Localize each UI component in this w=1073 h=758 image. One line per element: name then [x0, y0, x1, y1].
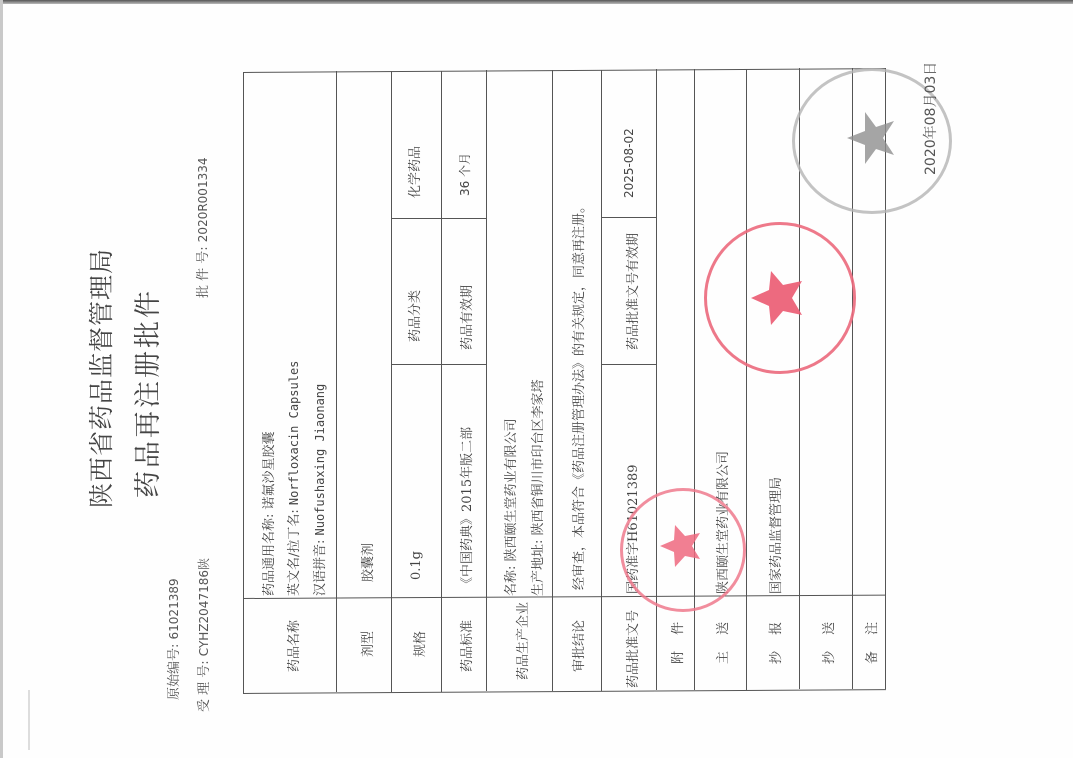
dosage-form-value: 胶囊剂	[357, 543, 376, 582]
row-divider	[486, 70, 487, 691]
row-divider	[441, 71, 442, 692]
specification-value: 0.1g	[409, 551, 424, 580]
original-number: 原始编号: 61021389	[163, 578, 182, 700]
generic-name-value: 诺氟沙星胶囊	[262, 431, 277, 509]
cell-divider	[601, 364, 656, 365]
approval-validity-value: 2025-08-02	[622, 128, 636, 198]
authority-title: 陕西省药品监督管理局	[82, 248, 118, 508]
row-divider	[601, 70, 602, 691]
approval-number: 批 件 号: 2020R001334	[192, 158, 211, 298]
english-name-value: Norfloxacin Capsules	[287, 361, 301, 506]
label-dosage-form: 剂型	[357, 631, 376, 657]
cell-divider	[391, 218, 486, 219]
original-number-label: 原始编号:	[167, 644, 182, 700]
label-column-divider	[243, 595, 886, 599]
acceptance-number: 受 理 号: CYHZ2047186陕	[193, 558, 212, 712]
table-border	[243, 68, 886, 73]
label-approval-doc: 药品批准文号	[622, 610, 641, 688]
label-shelf-life: 药品有效期	[456, 285, 475, 350]
label-conclusion: 审批结论	[568, 620, 587, 672]
drug-english-name: 英文名/拉丁名: Norfloxacin Capsules	[283, 361, 302, 596]
label-standard: 药品标准	[456, 620, 475, 672]
manufacturer-address-label: 生产地址:	[531, 540, 546, 596]
label-specification: 规格	[409, 631, 428, 657]
generic-name-label: 药品通用名称:	[262, 514, 277, 596]
label-classification: 药品分类	[404, 290, 423, 342]
scan-smudge	[28, 690, 30, 750]
conclusion-value: 经审查，本品符合《药品注册管理办法》的有关规定，同意再注册。	[568, 200, 587, 590]
approval-number-label: 批 件 号:	[196, 246, 211, 298]
company-seal	[704, 222, 856, 374]
manufacturer-address-value: 陕西省铜川市印台区李家塔	[531, 379, 546, 535]
label-attachment: 附 件	[667, 616, 686, 664]
standard-value: 《中国药典》2015年版二部	[456, 427, 475, 590]
acceptance-number-label: 受 理 号:	[197, 660, 212, 712]
label-main-recipient: 主 送	[712, 616, 731, 664]
cell-divider	[601, 217, 656, 218]
pinyin-label: 汉语拼音:	[313, 540, 328, 596]
pinyin-value: Nuofushaxing Jiaonang	[313, 384, 327, 536]
label-report-to: 抄 报	[765, 616, 784, 664]
row-divider	[391, 71, 392, 692]
row-divider	[746, 69, 747, 690]
label-manufacturer: 药品生产企业	[512, 602, 531, 680]
issue-date: 2020年08月03日	[920, 62, 940, 175]
manufacturer-address: 生产地址: 陕西省铜川市印台区李家塔	[527, 379, 546, 596]
original-number-value: 61021389	[167, 578, 181, 639]
row-divider	[336, 71, 337, 692]
report-to-value: 国家药品监督管理局	[765, 477, 784, 594]
label-cc: 抄 送	[818, 616, 837, 664]
star-icon	[704, 222, 850, 368]
label-drug-name: 药品名称	[283, 620, 302, 672]
manufacturer-name-label: 名称:	[504, 566, 519, 596]
english-name-label: 英文名/拉丁名:	[287, 509, 302, 596]
classification-value: 化学药品	[404, 146, 423, 198]
scan-left-border	[0, 0, 3, 758]
acceptance-number-value: CYHZ2047186陕	[197, 558, 211, 656]
drug-pinyin-name: 汉语拼音: Nuofushaxing Jiaonang	[309, 384, 328, 596]
manufacturer-name: 名称: 陕西颐生堂药业有限公司	[500, 418, 519, 596]
scan-top-border	[0, 0, 1073, 4]
document-title: 药品再注册批件	[126, 288, 165, 498]
shelf-life-value: 36 个月	[456, 153, 473, 196]
star-icon	[620, 488, 740, 606]
manufacturer-name-value: 陕西颐生堂药业有限公司	[504, 418, 519, 561]
row-divider	[552, 70, 553, 691]
approval-number-value: 2020R001334	[196, 158, 210, 243]
cell-divider	[391, 220, 392, 221]
label-remarks: 备 注	[861, 616, 880, 664]
drug-generic-name: 药品通用名称: 诺氟沙星胶囊	[258, 431, 277, 596]
label-approval-validity: 药品批准文号有效期	[622, 233, 641, 350]
table-border	[243, 689, 886, 694]
third-party-seal	[620, 488, 746, 612]
table-border	[243, 72, 244, 693]
cell-divider	[391, 364, 486, 365]
